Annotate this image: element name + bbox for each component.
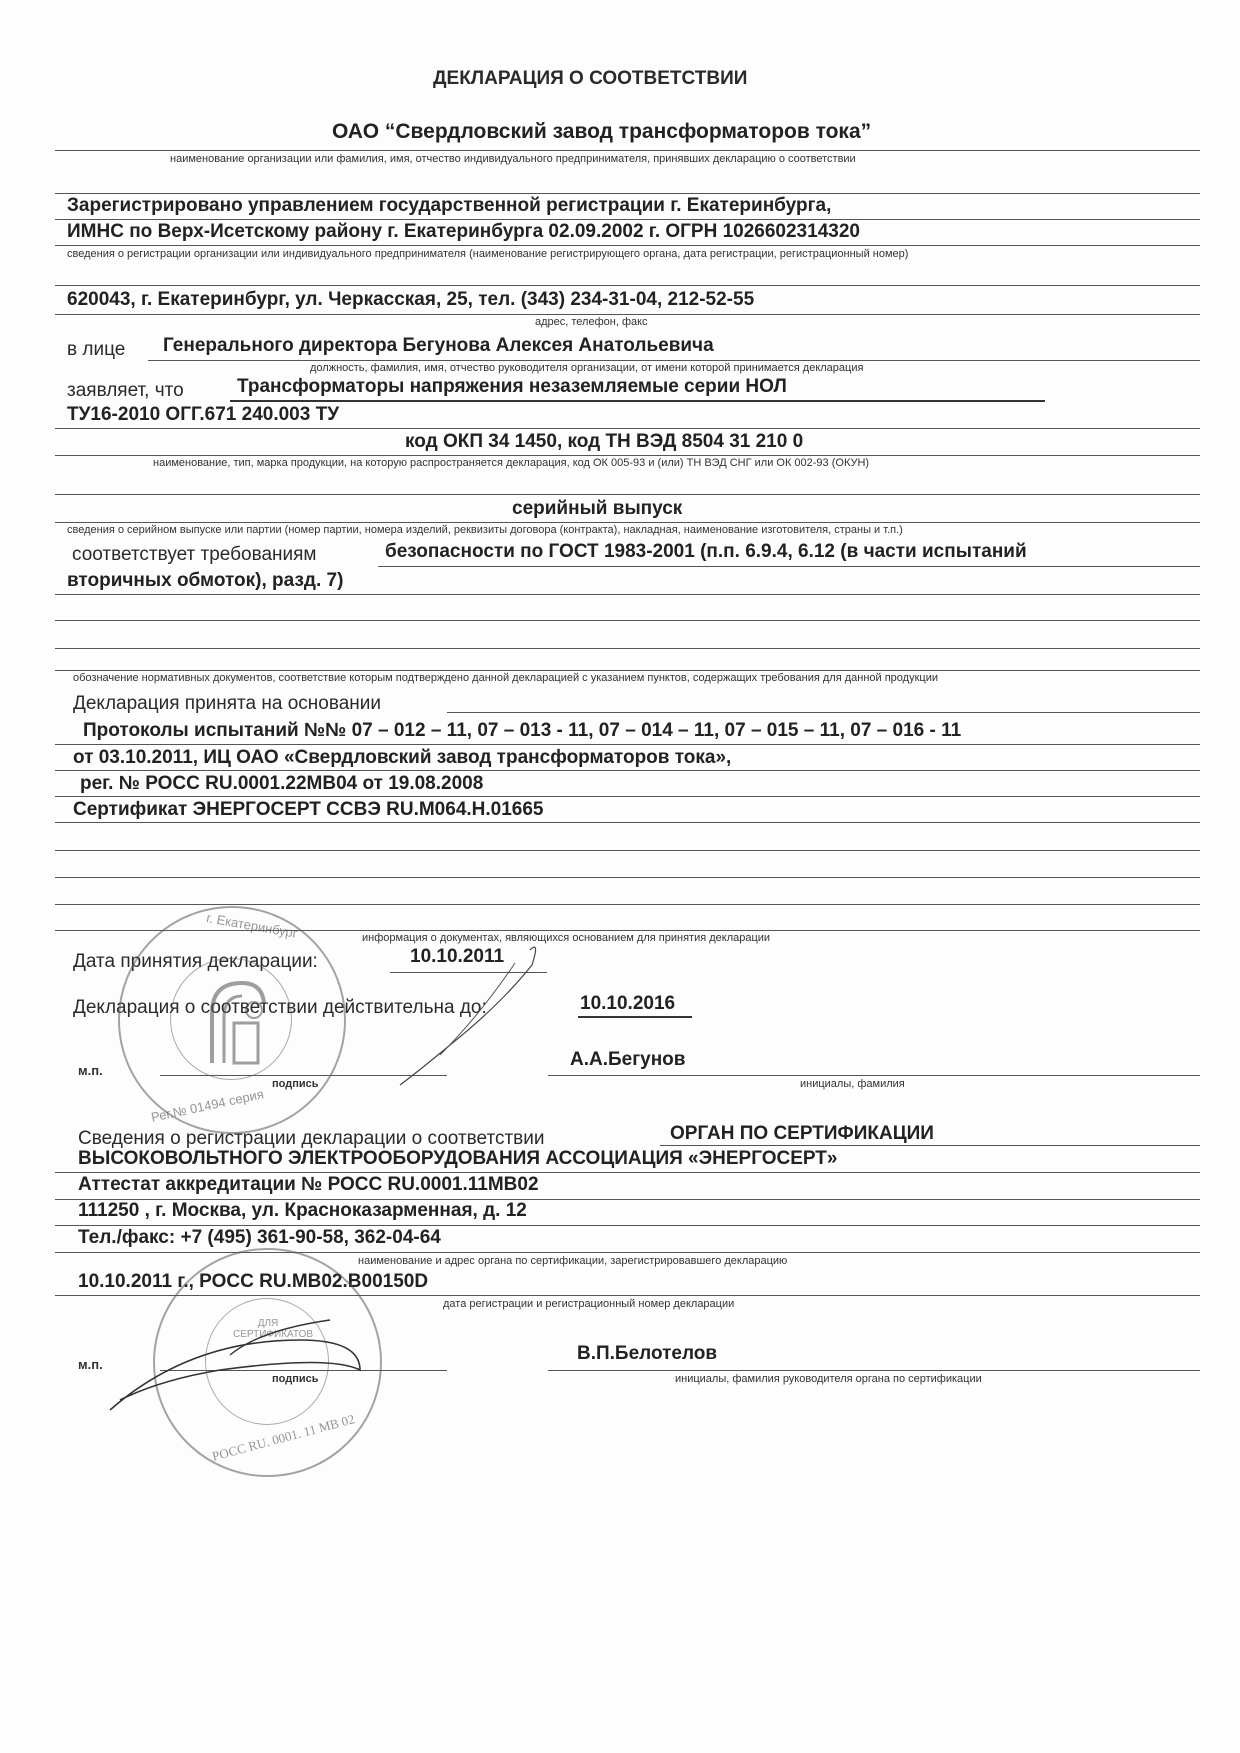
rule (55, 522, 1200, 523)
basis-line-4: Сертификат ЭНЕРГОСЕРТ ССВЭ RU.М064.Н.016… (73, 800, 544, 819)
rule (55, 494, 1200, 495)
handwritten-signature-1 (300, 935, 560, 1095)
signer-name-1: А.А.Бегунов (570, 1050, 685, 1069)
rule (55, 648, 1200, 649)
address-value: 620043, г. Екатеринбург, ул. Черкасская,… (67, 290, 754, 309)
rule (55, 245, 1200, 246)
rule (55, 219, 1200, 220)
registration-info-line-2: ВЫСОКОВОЛЬТНОГО ЭЛЕКТРООБОРУДОВАНИЯ АССО… (78, 1149, 837, 1168)
basis-line-2: от 03.10.2011, ИЦ ОАО «Свердловский заво… (73, 748, 731, 767)
declares-label: заявляет, что (67, 381, 184, 400)
complies-line-2: вторичных обмоток), разд. 7) (67, 571, 343, 590)
rule (55, 822, 1200, 823)
rule (55, 877, 1200, 878)
registration-info-line-3: Аттестат аккредитации № РОСС RU.0001.11М… (78, 1175, 539, 1194)
represented-by-label: в лице (67, 340, 125, 359)
complies-label: соответствует требованиям (72, 545, 317, 564)
serial-caption: сведения о серийном выпуске или партии (… (67, 525, 903, 536)
serial-value: серийный выпуск (512, 499, 682, 518)
basis-line-3: рег. № РОСС RU.0001.22МВ04 от 19.08.2008 (80, 774, 483, 793)
rule (148, 360, 1200, 361)
registration-info-label: Сведения о регистрации декларации о соот… (78, 1129, 544, 1148)
registration-line-1: Зарегистрировано управлением государстве… (67, 196, 831, 215)
signer-name-caption-2: инициалы, фамилия руководителя органа по… (675, 1374, 982, 1385)
rule (55, 670, 1200, 671)
declaration-page: ДЕКЛАРАЦИЯ О СООТВЕТСТВИИ ОАО “Свердловс… (0, 0, 1240, 1753)
rule (55, 428, 1200, 429)
registration-info-caption: наименование и адрес органа по сертифика… (358, 1256, 787, 1267)
seal-top-text: г. Екатеринбург (205, 910, 298, 941)
rule (55, 850, 1200, 851)
rule (660, 1145, 1200, 1146)
rule (55, 455, 1200, 456)
organization-caption: наименование организации или фамилия, им… (170, 154, 856, 165)
basis-label: Декларация принята на основании (73, 694, 381, 713)
mp-label-2: м.п. (78, 1358, 103, 1371)
rule (55, 744, 1200, 745)
rule (55, 314, 1200, 315)
rule (230, 400, 1045, 402)
declares-line-3: код ОКП 34 1450, код ТН ВЭД 8504 31 210 … (405, 432, 803, 451)
company-logo-icon (202, 978, 272, 1068)
declares-line-1: Трансформаторы напряжения незаземляемые … (237, 377, 787, 396)
basis-line-1: Протоколы испытаний №№ 07 – 012 – 11, 07… (83, 721, 961, 740)
rule (548, 1370, 1200, 1371)
rule (55, 285, 1200, 286)
document-title: ДЕКЛАРАЦИЯ О СООТВЕТСТВИИ (433, 69, 747, 88)
address-caption: адрес, телефон, факс (535, 317, 648, 328)
rule (55, 770, 1200, 771)
valid-until-value: 10.10.2016 (580, 994, 675, 1013)
seal-bottom-text: Рег.№ 01494 серия (150, 1086, 265, 1125)
rule (55, 796, 1200, 797)
registration-number-caption: дата регистрации и регистрационный номер… (443, 1299, 734, 1310)
rule (548, 1075, 1200, 1076)
registration-caption: сведения о регистрации организации или и… (67, 249, 908, 260)
complies-line-1: безопасности по ГОСТ 1983-2001 (п.п. 6.9… (385, 542, 1027, 561)
mp-label-1: м.п. (78, 1064, 103, 1077)
registration-info-line-4: 111250 , г. Москва, ул. Красноказарменна… (78, 1201, 527, 1220)
rule (55, 1172, 1200, 1173)
registration-line-2: ИМНС по Верх-Исетскому району г. Екатери… (67, 222, 860, 241)
signer-name-2: В.П.Белотелов (577, 1344, 717, 1363)
rule (55, 594, 1200, 595)
rule (55, 1252, 1200, 1253)
rule (55, 193, 1200, 194)
registration-info-line-5: Тел./факс: +7 (495) 361-90-58, 362-04-64 (78, 1228, 441, 1247)
registration-info-line-1: ОРГАН ПО СЕРТИФИКАЦИИ (670, 1124, 934, 1143)
rule (55, 620, 1200, 621)
organization-name: ОАО “Свердловский завод трансформаторов … (332, 121, 871, 142)
represented-by-caption: должность, фамилия, имя, отчество руково… (310, 363, 863, 374)
rule (55, 150, 1200, 151)
declares-line-2: ТУ16-2010 ОГГ.671 240.003 ТУ (67, 405, 339, 424)
rule (55, 1225, 1200, 1226)
rule (55, 904, 1200, 905)
declares-caption: наименование, тип, марка продукции, на к… (153, 458, 869, 469)
represented-by-value: Генерального директора Бегунова Алексея … (163, 336, 714, 355)
handwritten-signature-2 (100, 1300, 420, 1420)
rule (378, 566, 1200, 567)
complies-caption: обозначение нормативных документов, соот… (73, 673, 938, 684)
signer-name-caption-1: инициалы, фамилия (800, 1079, 905, 1090)
rule (578, 1016, 692, 1018)
rule (447, 712, 1200, 713)
